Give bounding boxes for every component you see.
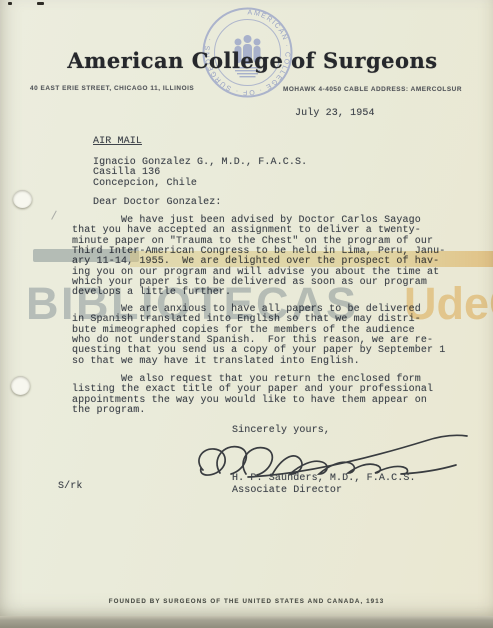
air-mail-label: AIR MAIL bbox=[93, 137, 142, 147]
typist-initials: S/rk bbox=[58, 482, 82, 492]
punch-hole-bottom bbox=[11, 376, 30, 395]
signer-title: Associate Director bbox=[232, 486, 342, 496]
pen-mark bbox=[51, 210, 64, 223]
scan-speck bbox=[37, 2, 44, 5]
letterhead-address: 40 EAST ERIE STREET, CHICAGO 11, ILLINOI… bbox=[30, 85, 194, 92]
scanned-letter-page: AMERICAN · COLLEGE · OF · SURGEONS · Ame… bbox=[0, 0, 493, 628]
recipient-address-block: Ignacio Gonzalez G., M.D., F.A.C.S. Casi… bbox=[93, 158, 307, 189]
paragraph-1: We have just been advised by Doctor Carl… bbox=[72, 216, 445, 299]
scan-background-strip bbox=[0, 616, 493, 628]
punch-hole-top bbox=[13, 190, 32, 208]
salutation: Dear Doctor Gonzalez: bbox=[93, 198, 222, 208]
letterhead-footer: FOUNDED BY SURGEONS OF THE UNITED STATES… bbox=[0, 598, 493, 605]
letter-date: July 23, 1954 bbox=[295, 109, 375, 119]
paragraph-2: We are anxious to have all papers to be … bbox=[72, 305, 445, 367]
signer-name: H. P. Saunders, M.D., F.A.C.S. bbox=[232, 474, 416, 484]
letter-paper: AMERICAN · COLLEGE · OF · SURGEONS · Ame… bbox=[0, 0, 493, 616]
scan-speck bbox=[8, 2, 12, 5]
letterhead-phone-cable: MOHAWK 4-4050 CABLE ADDRESS: AMERCOLSUR bbox=[283, 86, 462, 93]
paragraph-3: We also request that you return the encl… bbox=[72, 375, 433, 416]
letterhead-title: American College of Surgeons bbox=[0, 48, 493, 73]
